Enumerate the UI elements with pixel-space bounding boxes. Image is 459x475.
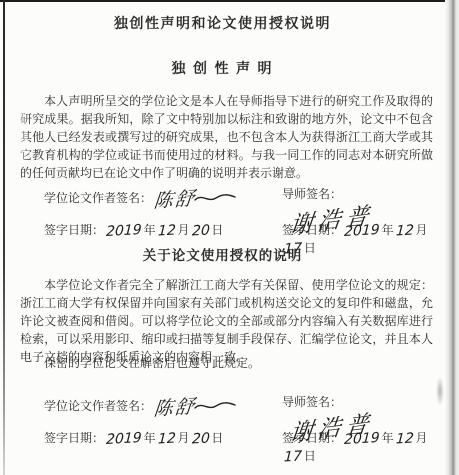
month-unit: 月 — [416, 431, 428, 445]
authorization-signature-row: 学位论文作者签名：陈舒 导师签名：谢浩普 — [44, 393, 433, 420]
month-unit: 月 — [178, 223, 190, 237]
author-date-year: 2019 — [106, 430, 142, 448]
author-date-day: 20 — [191, 431, 210, 448]
scan-smudge — [436, 376, 444, 406]
advisor-date-month: 12 — [395, 223, 414, 240]
advisor-date-label: 签字日期： — [282, 431, 342, 445]
declaration-body: 本人声明所呈交的学位论文是本人在导师指导下进行的研究工作及取得的研究成果。据我所… — [20, 92, 433, 182]
declaration-heading: 独 创 性 声 明 — [0, 58, 445, 78]
advisor-date-label: 签字日期： — [282, 223, 342, 237]
author-date-month: 12 — [157, 431, 176, 448]
year-unit: 年 — [382, 431, 394, 445]
advisor-signature-label: 导师签名： — [282, 395, 342, 409]
author-signature-handwriting: 陈舒 — [153, 183, 198, 213]
page-title: 独创性声明和论文使用授权说明 — [0, 13, 445, 33]
year-unit: 年 — [144, 431, 156, 445]
author-date-year: 2019 — [106, 222, 142, 240]
declaration-signature-row: 学位论文作者签名：陈舒 导师签名：谢浩普 — [44, 185, 433, 212]
advisor-date-year: 2019 — [344, 430, 380, 448]
author-signature-label: 学位论文作者签名： — [44, 191, 152, 205]
month-unit: 月 — [178, 431, 190, 445]
month-unit: 月 — [416, 223, 428, 237]
day-unit: 日 — [211, 431, 223, 445]
author-date-day: 20 — [191, 223, 210, 240]
author-date-label: 签字日期： — [44, 431, 104, 445]
authorization-date-row: 签字日期：2019年12月20日 签字日期：2019年12月17日 — [44, 429, 433, 447]
declaration-date-row: 签字日期：2019年12月20日 签字日期：2019年12月17日 — [44, 221, 433, 239]
authorization-heading: 关于论文使用授权的说明 — [0, 244, 445, 264]
advisor-signature-label: 导师签名： — [282, 187, 342, 201]
author-date-label: 签字日期： — [44, 223, 104, 237]
author-signature-handwriting: 陈舒 — [153, 391, 198, 421]
year-unit: 年 — [382, 223, 394, 237]
author-signature-label: 学位论文作者签名： — [44, 399, 152, 413]
signature-flourish — [194, 192, 236, 204]
day-unit: 日 — [211, 223, 223, 237]
scanned-thesis-declaration-page: 独创性声明和论文使用授权说明 独 创 性 声 明 本人声明所呈交的学位论文是本人… — [0, 0, 459, 475]
confidentiality-note: 保密的学位论文在解密后也遵守此规定。 — [20, 354, 433, 371]
year-unit: 年 — [144, 223, 156, 237]
advisor-date-year: 2019 — [344, 222, 380, 240]
day-unit: 日 — [304, 449, 316, 463]
scan-edge-right — [445, 0, 459, 475]
scan-edge-top — [0, 0, 449, 2]
advisor-date-day: 17 — [284, 449, 303, 466]
authorization-body: 本学位论文作者完全了解浙江工商大学有关保留、使用学位论文的规定：浙江工商大学有权… — [20, 276, 433, 366]
advisor-date-month: 12 — [395, 431, 414, 448]
signature-flourish — [194, 400, 236, 412]
author-date-month: 12 — [157, 223, 176, 240]
